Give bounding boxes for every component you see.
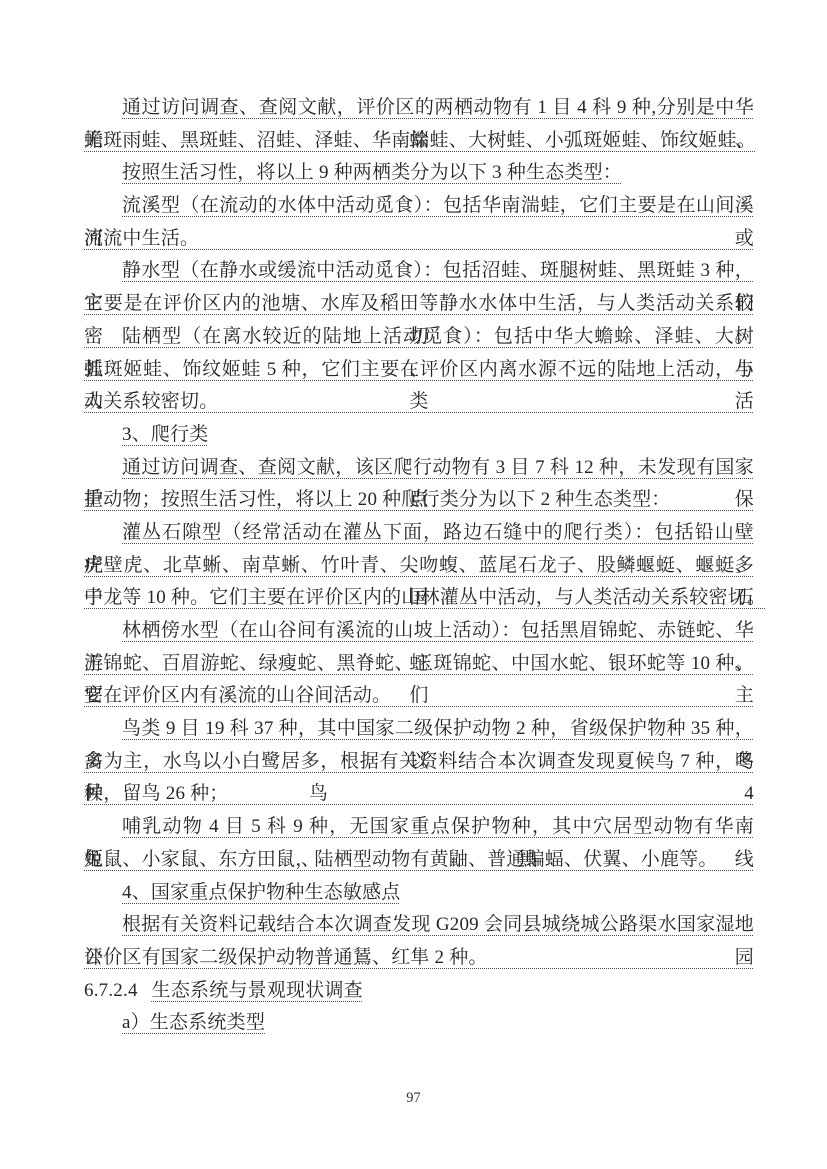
text-line: 根据有关资料记载结合本次调查发现 G209 会同县城绕城公路渠水国家湿地公园 [84,909,754,942]
text-line: 灌丛石隙型（经常活动在灌丛下面，路边石缝中的爬行类）：包括铅山壁虎、多 [84,517,754,550]
line-text: 无斑雨蛙、黑斑蛙、沼蛙、泽蛙、华南湍蛙、大树蛙、小弧斑姬蛙、饰纹姬蛙。 [84,130,756,151]
line-text: 河流中生活。 [84,228,199,249]
text-line: 通过访问调查、查阅文献，评价区的两栖动物有 1 目 4 科 9 种,分别是中华蟾… [84,92,754,125]
text-line: 哺乳动物 4 目 5 科 9 种，无国家重点保护物种，其中穴居型动物有华南兔、黑… [84,811,754,844]
text-line: 王锦蛇、百眉游蛇、绿瘦蛇、黑脊蛇、玉斑锦蛇、中国水蛇、银环蛇等 10 种。它们主 [84,648,754,681]
section-title: 生态系统与景观现状调查 [152,980,363,1001]
text-line: 子龙等 10 种。它们主要在评价区内的山林灌丛中活动，与人类活动关系较密切。 [84,582,754,615]
line-text: 评价区有国家二级保护动物普通鵟、红隼 2 种。 [84,947,488,968]
text-line: 姬鼠、小家鼠、东方田鼠，陆栖型动物有黄鼬、普通蝙蝠、伏翼、小鹿等。 [84,844,754,877]
line-text: 3、爬行类 [122,424,209,445]
text-line: 主要是在评价区内的池塘、水库及稻田等静水水体中生活，与人类活动关系较密切。 [84,288,754,321]
line-text: 动关系较密切。 [84,391,218,412]
line-text: 子龙等 10 种。它们主要在评价区内的山林灌丛中活动，与人类活动关系较密切。 [84,587,766,608]
line-text: 4、国家重点保护物种生态敏感点 [122,882,401,903]
text-line: 流溪型（在流动的水体中活动觅食）：包括华南湍蛙，它们主要是在山间溪流或 [84,190,754,223]
line-text: 按照生活习性，将以上 9 种两栖类分为以下 3 种生态类型： [122,162,622,183]
line-text: 种，留鸟 26 种； [84,783,229,804]
text-line: 林栖傍水型（在山谷间有溪流的山坡上活动）：包括黑眉锦蛇、赤链蛇、华游蛇、 [84,615,754,648]
line-text: 护动物；按照生活习性，将以上 20 种爬行类分为以下 2 种生态类型： [84,489,671,510]
subheading-reptiles: 3、爬行类 [84,419,754,452]
text-line: 静水型（在静水或缓流中活动觅食）：包括沼蛙、斑腿树蛙、黑斑蛙 3 种，它们 [84,255,754,288]
text-line: 护动物；按照生活习性，将以上 20 种爬行类分为以下 2 种生态类型： [84,484,754,517]
text-line: 陆栖型（在离水较近的陆地上活动觅食）：包括中华大蟾蜍、泽蛙、大树蛙、小 [84,321,754,354]
subheading-ecosystem-type: a）生态系统类型 [84,1007,754,1040]
page-number: 97 [0,1090,827,1107]
line-text: a）生态系统类型 [122,1012,265,1033]
text-line: 通过访问调查、查阅文献，该区爬行动物有 3 目 7 科 12 种，未发现有国家重… [84,452,754,485]
section-heading: 6.7.2.4生态系统与景观现状调查 [84,975,754,1008]
subheading-sensitive-species: 4、国家重点保护物种生态敏感点 [84,877,754,910]
page-number-text: 97 [406,1090,421,1106]
line-text: 姬鼠、小家鼠、东方田鼠，陆栖型动物有黄鼬、普通蝙蝠、伏翼、小鹿等。 [84,849,718,870]
text-line: 禽为主，水鸟以小白鹭居多，根据有关资料结合本次调查发现夏候鸟 7 种，冬候鸟 4 [84,746,754,779]
section-number: 6.7.2.4 [84,980,138,1001]
text-line: 疣壁虎、北草蜥、南草蜥、竹叶青、尖吻蝮、蓝尾石龙子、股鳞蝘蜓、蝘蜓、中国石 [84,550,754,583]
document-body: 通过访问调查、查阅文献，评价区的两栖动物有 1 目 4 科 9 种,分别是中华蟾… [84,92,754,1040]
text-line: 无斑雨蛙、黑斑蛙、沼蛙、泽蛙、华南湍蛙、大树蛙、小弧斑姬蛙、饰纹姬蛙。 [84,125,754,158]
text-line: 按照生活习性，将以上 9 种两栖类分为以下 3 种生态类型： [84,157,754,190]
line-text: 要在评价区内有溪流的山谷间活动。 [84,685,391,706]
document-page: 通过访问调查、查阅文献，评价区的两栖动物有 1 目 4 科 9 种,分别是中华蟾… [0,0,827,1169]
text-line: 鸟类 9 目 19 科 37 种，其中国家二级保护动物 2 种，省级保护物种 3… [84,713,754,746]
text-line: 弧斑姬蛙、饰纹姬蛙 5 种，它们主要在评价区内离水源不远的陆地上活动，与人类活 [84,354,754,387]
